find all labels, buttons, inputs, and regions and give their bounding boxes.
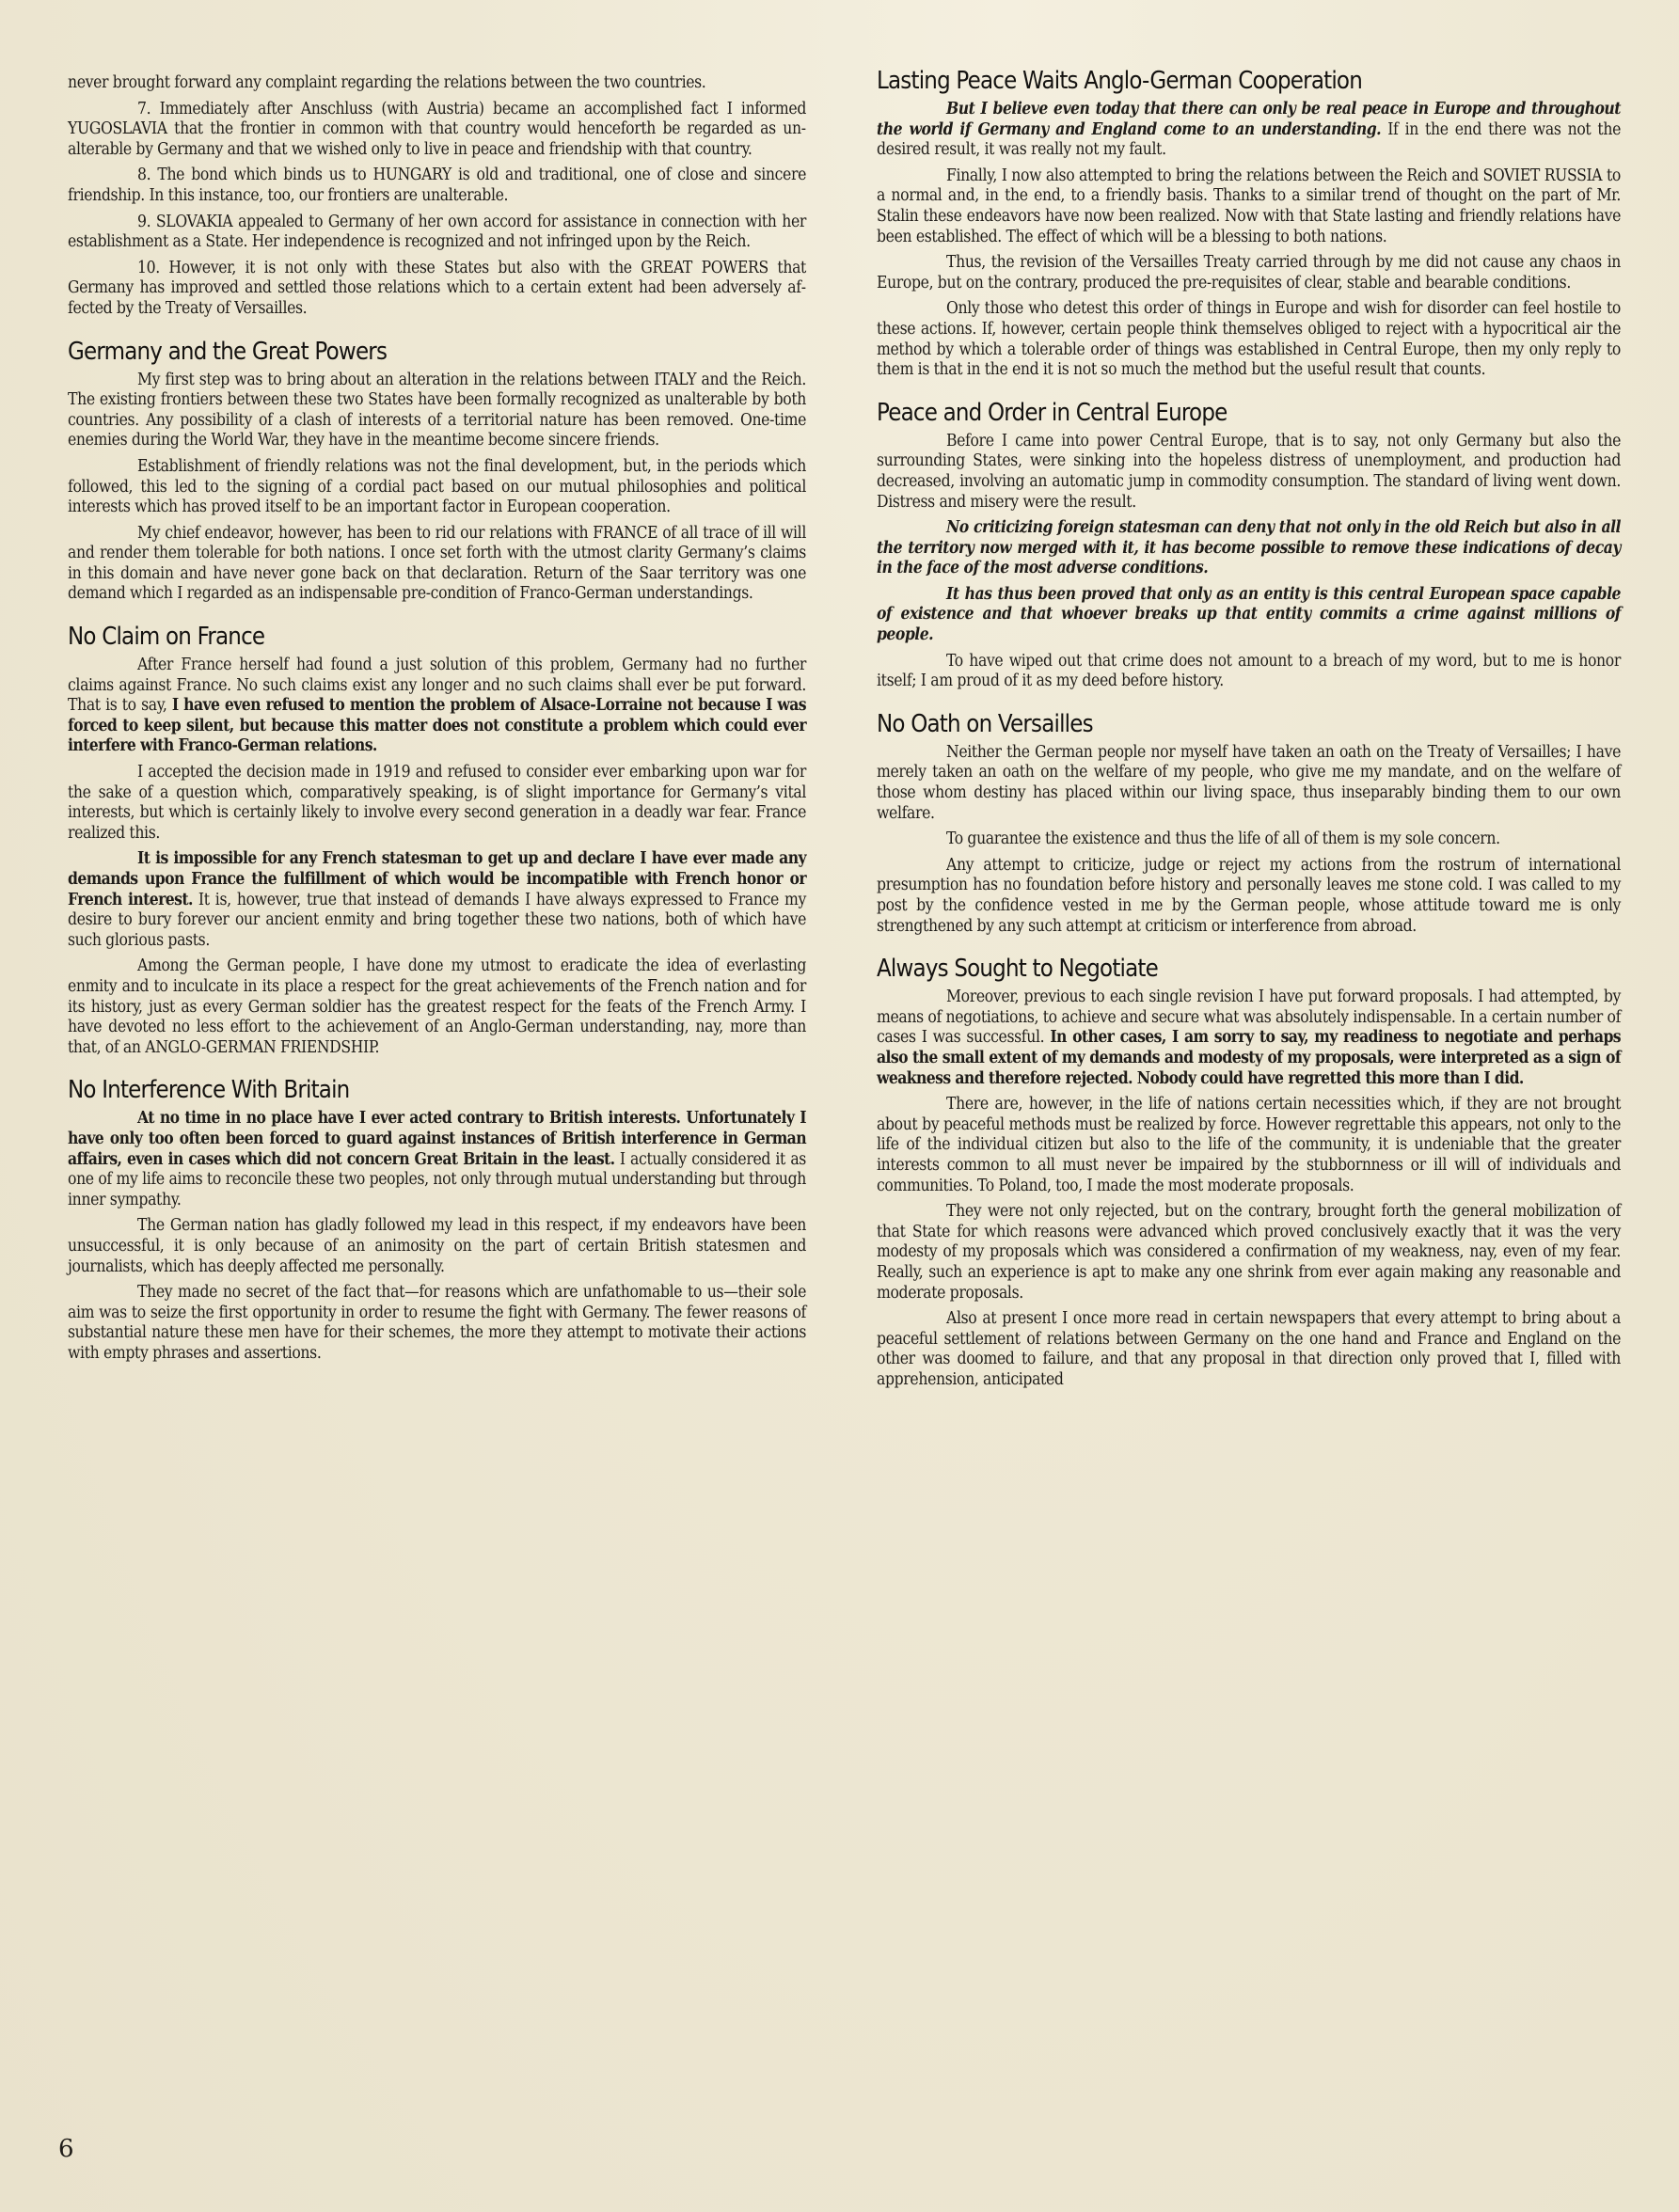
left-column: never brought forward any complaint rega… bbox=[68, 73, 806, 1369]
italic-text: It has thus been proved that only as an … bbox=[877, 585, 1621, 644]
paragraph: At no time in no place have I ever acted… bbox=[68, 1109, 806, 1210]
italic-text: No criticizing foreign statesman can den… bbox=[877, 518, 1621, 577]
paragraph: It is impossible for any French statesma… bbox=[68, 849, 806, 951]
paragraph: No criticizing foreign statesman can den… bbox=[877, 518, 1621, 579]
paragraph: Thus, the revision of the Versailles Tre… bbox=[877, 253, 1621, 293]
numbered-paragraph-10: 10. However, it is not only with these S… bbox=[68, 259, 806, 320]
section-heading: Peace and Order in Central Europe bbox=[877, 398, 1621, 427]
paragraph: I accepted the decision made in 1919 and… bbox=[68, 763, 806, 844]
paragraph: never brought forward any complaint rega… bbox=[68, 73, 806, 94]
section-heading: Always Sought to Negotiate bbox=[877, 955, 1621, 984]
paragraph: Any attempt to criticize, judge or rejec… bbox=[877, 856, 1621, 937]
document-page: never brought forward any complaint rega… bbox=[0, 0, 1679, 2212]
paragraph: There are, however, in the life of natio… bbox=[877, 1095, 1621, 1196]
section-heading: Germany and the Great Powers bbox=[68, 337, 806, 366]
section-heading: No Claim on France bbox=[68, 623, 806, 652]
paragraph: To guarantee the existence and thus the … bbox=[877, 829, 1621, 850]
paragraph: The German nation has gladly followed my… bbox=[68, 1216, 806, 1277]
paragraph: But I believe even today that there can … bbox=[877, 100, 1621, 161]
section-heading: No Oath on Versailles bbox=[877, 709, 1621, 738]
paragraph: My first step was to bring about an alte… bbox=[68, 371, 806, 451]
paragraph: Establishment of friendly relations was … bbox=[68, 457, 806, 518]
numbered-paragraph-8: 8. The bond which binds us to HUNGARY is… bbox=[68, 166, 806, 206]
numbered-paragraph-7: 7. Immediately after Anschluss (with Aus… bbox=[68, 100, 806, 161]
section-heading: No Interference With Britain bbox=[68, 1076, 806, 1105]
numbered-paragraph-9: 9. SLOVAKIA appealed to Germany of her o… bbox=[68, 213, 806, 253]
paragraph: Before I came into power Central Europe,… bbox=[877, 432, 1621, 513]
right-column: Lasting Peace Waits Anglo-German Coopera… bbox=[877, 70, 1621, 1396]
paragraph: Finally, I now also attempted to bring t… bbox=[877, 166, 1621, 247]
paragraph: They made no secret of the fact that—for… bbox=[68, 1283, 806, 1364]
section-heading: Lasting Peace Waits Anglo-German Coopera… bbox=[877, 67, 1621, 96]
paragraph: Neither the German people nor myself hav… bbox=[877, 743, 1621, 824]
paragraph: Also at present I once more read in cert… bbox=[877, 1309, 1621, 1390]
bold-text: I have even refused to mention the probl… bbox=[68, 696, 806, 755]
paragraph: Among the German people, I have done my … bbox=[68, 956, 806, 1058]
paragraph: Moreover, previous to each single revisi… bbox=[877, 987, 1621, 1089]
paragraph: They were not only rejected, but on the … bbox=[877, 1202, 1621, 1303]
paragraph: To have wiped out that crime does not am… bbox=[877, 652, 1621, 692]
page-number: 6 bbox=[58, 2135, 74, 2163]
paragraph: My chief endeavor, however, has been to … bbox=[68, 524, 806, 605]
paragraph: It has thus been proved that only as an … bbox=[877, 585, 1621, 646]
paragraph: After France herself had found a just so… bbox=[68, 656, 806, 757]
paragraph: Only those who detest this order of thin… bbox=[877, 299, 1621, 380]
